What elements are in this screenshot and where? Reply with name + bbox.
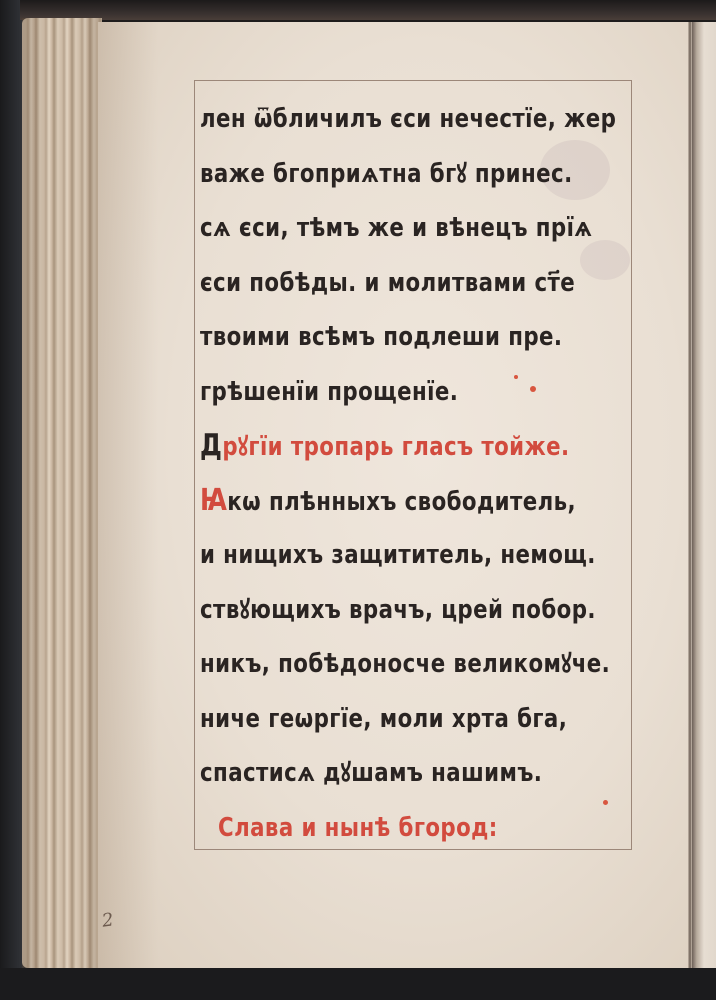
- page-edges-shade: [22, 18, 102, 968]
- red-ink-dot: [530, 386, 536, 392]
- text-line: никъ, побѣдоносче великомꙋче.: [200, 637, 577, 692]
- text-line: ствꙋющихъ врачъ, црей побор.: [200, 583, 577, 638]
- text-line: твоими всѣмъ подлеши пре.: [200, 310, 577, 365]
- red-ink-dot: [514, 375, 518, 379]
- rubric-closing: Слава и нынѣ бгород:: [200, 801, 577, 856]
- text-line: сѧ єси, тѣмъ же и вѣнецъ прїѧ: [200, 201, 577, 256]
- text-line: лен ѿбличилъ єси нечестїе, жер: [200, 92, 577, 147]
- text-line: єси побѣды. и молитвами ст҃е: [200, 256, 577, 311]
- text-line: грѣшенїи прощенїе.: [200, 365, 577, 420]
- text-line: важе бгоприѧтна бгꙋ принес.: [200, 147, 577, 202]
- book-cover-bottom: [0, 968, 716, 1000]
- text-line-with-initial: Ꙗкѡ плѣнныхъ свободитель,: [200, 474, 577, 529]
- text-block: лен ѿбличилъ єси нечестїе, жер важе бгоп…: [200, 92, 660, 855]
- text-line: спастисѧ дꙋшамъ нашимъ.: [200, 746, 577, 801]
- book-cover-top: [20, 0, 716, 20]
- text-line: ниче геѡргїе, моли хрта бга,: [200, 692, 577, 747]
- initial-letter-red: Ꙗ: [200, 483, 227, 518]
- page-edges-stack: [22, 18, 102, 968]
- text-line-body: кѡ плѣнныхъ свободитель,: [227, 487, 576, 517]
- rubric-heading: Дрꙋгїи тропарь гласъ тойже.: [200, 419, 577, 474]
- text-line: и нищихъ защититель, немощ.: [200, 528, 577, 583]
- red-ink-dot: [603, 800, 608, 805]
- rubric-text: рꙋгїи тропарь гласъ тойже.: [222, 432, 569, 462]
- facing-page-edge: [692, 22, 716, 968]
- initial-letter: Д: [200, 428, 222, 463]
